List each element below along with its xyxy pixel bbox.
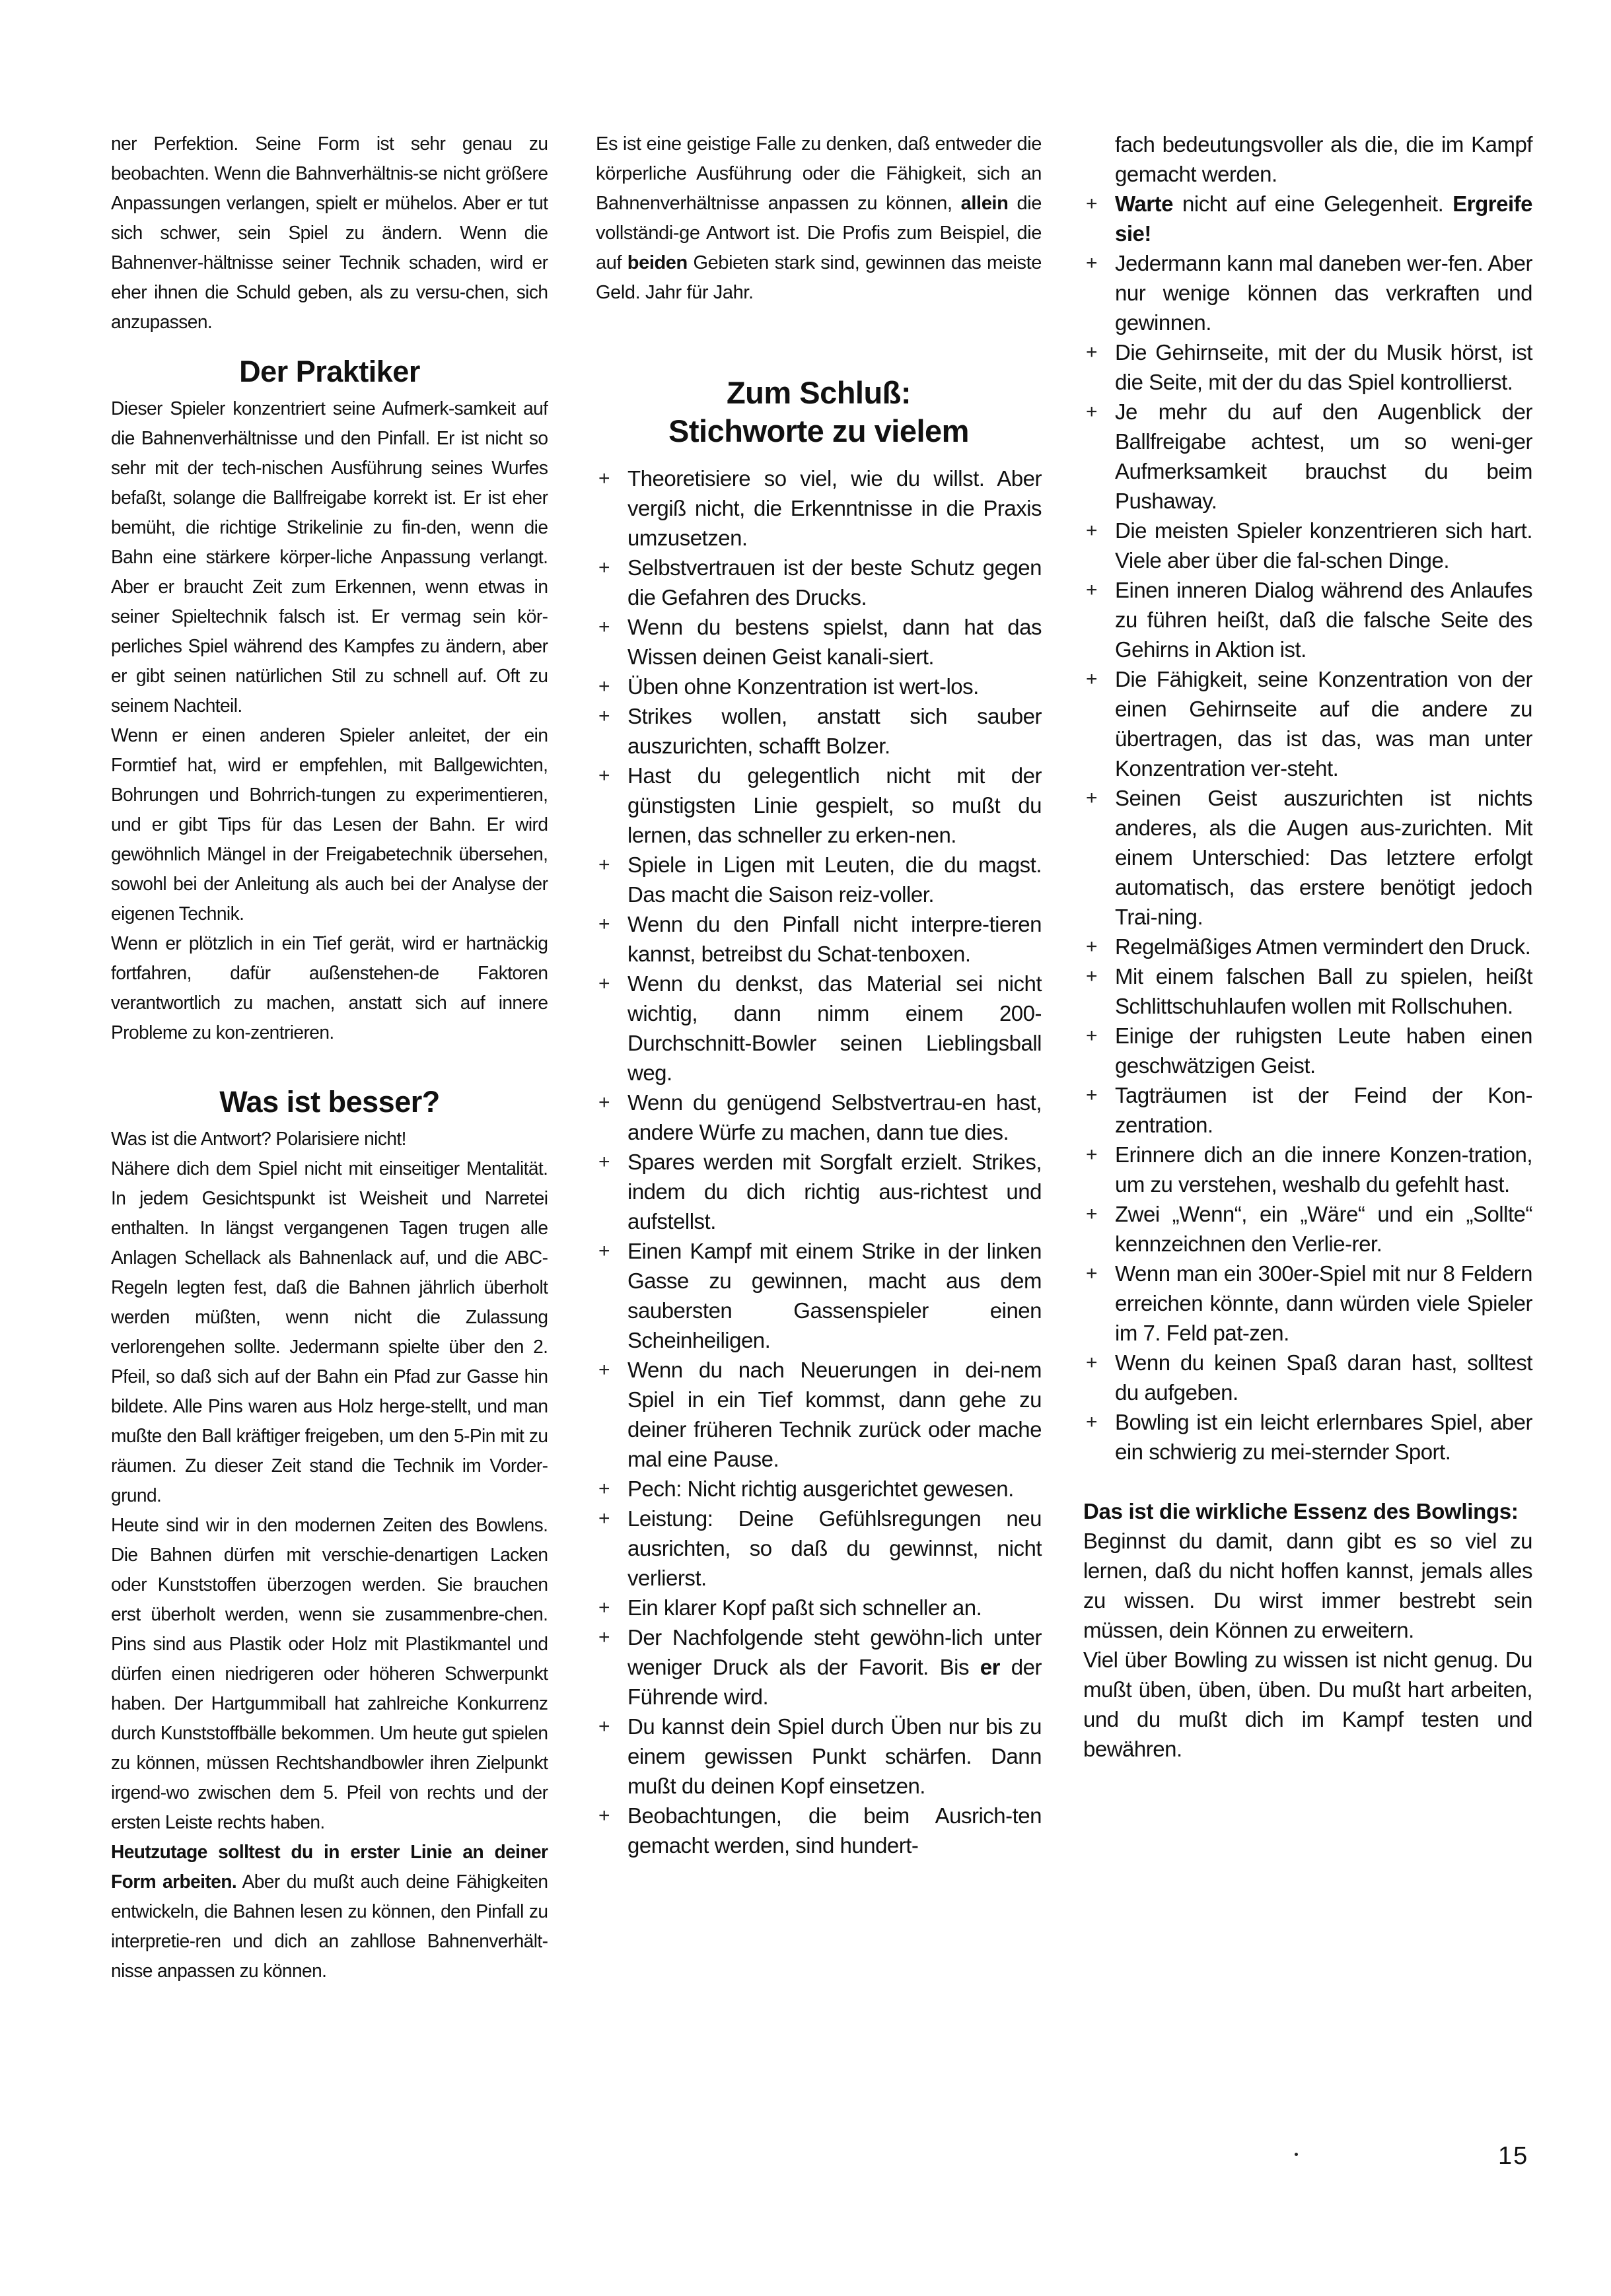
tips-list-middle-tail: +Der Nachfolgende steht gewöhn-lich unte… — [596, 1622, 1042, 1712]
besser-paragraph-3: Heute sind wir in den modernen Zeiten de… — [111, 1511, 548, 1838]
right-column: fach bedeutungsvoller als die, die im Ka… — [1083, 129, 1532, 1764]
tip-text: Hast du gelegentlich nicht mit der günst… — [627, 763, 1042, 847]
plus-bullet-icon: + — [1086, 1407, 1097, 1437]
tip-text: Regelmäßiges Atmen vermindert den Druck. — [1115, 934, 1530, 959]
bold-emphasis: Warte — [1115, 191, 1173, 216]
list-item: +Warte nicht auf eine Gelegenheit. Ergre… — [1083, 189, 1532, 248]
plus-bullet-icon: + — [1086, 1199, 1097, 1229]
tip-text: Wenn du bestens spielst, dann hat das Wi… — [627, 615, 1042, 669]
scan-speck — [1295, 2153, 1298, 2156]
tip-text: Selbstvertrauen ist der beste Schutz geg… — [627, 555, 1042, 609]
tip-text: Wenn du nach Neuerungen in dei-nem Spiel… — [627, 1358, 1042, 1471]
middle-column: Es ist eine geistige Falle zu denken, da… — [596, 129, 1042, 1860]
list-item: +Wenn du nach Neuerungen in dei-nem Spie… — [596, 1355, 1042, 1474]
list-item: +Spares werden mit Sorgfalt erzielt. Str… — [596, 1147, 1042, 1236]
plus-bullet-icon: + — [598, 1147, 610, 1177]
tip-text: Einen inneren Dialog während des Anlaufe… — [1115, 578, 1532, 662]
tip-text: Ein klarer Kopf paßt sich schneller an. — [627, 1595, 982, 1620]
tip-text: Einige der ruhigsten Leute haben einen g… — [1115, 1024, 1532, 1078]
list-item: +Leistung: Deine Gefühlsregungen neu aus… — [596, 1504, 1042, 1593]
list-item: +Regelmäßiges Atmen vermindert den Druck… — [1083, 932, 1532, 961]
plus-bullet-icon: + — [1086, 664, 1097, 694]
tips-list-middle-after: +Du kannst dein Spiel durch Üben nur bis… — [596, 1712, 1042, 1801]
plus-bullet-icon: + — [598, 672, 610, 701]
tip-text: Leistung: Deine Gefühlsregungen neu ausr… — [627, 1506, 1042, 1590]
tip-text: Spares werden mit Sorgfalt erzielt. Stri… — [627, 1150, 1042, 1234]
plus-bullet-icon: + — [1086, 783, 1097, 813]
plus-bullet-icon: + — [1086, 961, 1097, 991]
essence-paragraph-2: Viel über Bowling zu wissen ist nicht ge… — [1083, 1645, 1532, 1764]
bold-emphasis: allein — [961, 193, 1009, 214]
heading-line-1: Zum Schluß: — [727, 375, 911, 410]
middle-intro: Es ist eine geistige Falle zu denken, da… — [596, 129, 1042, 308]
list-item: +Pech: Nicht richtig ausgerichtet gewese… — [596, 1474, 1042, 1504]
tip-text: Wenn du den Pinfall nicht interpre-tiere… — [627, 912, 1042, 966]
continued-tip-text: fach bedeutungsvoller als die, die im Ka… — [1083, 129, 1532, 189]
bold-emphasis: er — [980, 1655, 1000, 1679]
plus-bullet-icon: + — [1086, 1348, 1097, 1377]
page-number: 15 — [1498, 2142, 1528, 2171]
plus-bullet-icon: + — [598, 553, 610, 582]
text-segment: Beobachtungen, die beim Ausrich-ten gema… — [627, 1803, 1042, 1858]
plus-bullet-icon: + — [598, 464, 610, 493]
tip-text: Die Gehirnseite, mit der du Musik hörst,… — [1115, 340, 1532, 394]
besser-paragraph-4: Heutzutage solltest du in erster Linie a… — [111, 1838, 548, 1986]
tip-text: Theoretisiere so viel, wie du willst. Ab… — [627, 466, 1042, 550]
plus-bullet-icon: + — [1086, 575, 1097, 605]
tip-text: Zwei „Wenn“, ein „Wäre“ und ein „Sollte“… — [1115, 1202, 1532, 1256]
list-item: +Wenn du bestens spielst, dann hat das W… — [596, 612, 1042, 672]
list-item: +Die Fähigkeit, seine Konzentration von … — [1083, 664, 1532, 783]
text-segment: nicht auf eine Gelegenheit. — [1173, 191, 1452, 216]
tip-text: Die meisten Spieler konzentrieren sich h… — [1115, 518, 1532, 573]
tip-text: Üben ohne Konzentration ist wert-los. — [627, 674, 979, 699]
list-item: +Wenn man ein 300er-Spiel mit nur 8 Feld… — [1083, 1259, 1532, 1348]
tip-text: Tagträumen ist der Feind der Kon-zentrat… — [1115, 1083, 1532, 1137]
plus-bullet-icon: + — [1086, 1080, 1097, 1110]
heading-line-2: Stichworte zu vielem — [668, 413, 969, 448]
heading-der-praktiker: Der Praktiker — [111, 352, 548, 392]
list-item: +Wenn du keinen Spaß daran hast, solltes… — [1083, 1348, 1532, 1407]
plus-bullet-icon: + — [1086, 1021, 1097, 1051]
plus-bullet-icon: + — [598, 1474, 610, 1504]
tip-text: Einen Kampf mit einem Strike in der link… — [627, 1239, 1042, 1352]
essence-heading: Das ist die wirkliche Essenz des Bowling… — [1083, 1496, 1532, 1526]
plus-bullet-icon: + — [598, 1801, 610, 1830]
list-item: +Zwei „Wenn“, ein „Wäre“ und ein „Sollte… — [1083, 1199, 1532, 1259]
plus-bullet-icon: + — [598, 1236, 610, 1266]
list-item: +Du kannst dein Spiel durch Üben nur bis… — [596, 1712, 1042, 1801]
plus-bullet-icon: + — [1086, 1259, 1097, 1288]
list-item: +Je mehr du auf den Augenblick der Ballf… — [1083, 397, 1532, 516]
list-item: +Strikes wollen, anstatt sich sauber aus… — [596, 701, 1042, 761]
tip-text: Je mehr du auf den Augenblick der Ballfr… — [1115, 400, 1532, 513]
plus-bullet-icon: + — [598, 850, 610, 880]
heading-was-ist-besser: Was ist besser? — [111, 1082, 548, 1122]
heading-zum-schluss: Zum Schluß: Stichworte zu vielem — [596, 374, 1042, 450]
tip-text: Du kannst dein Spiel durch Üben nur bis … — [627, 1714, 1042, 1798]
list-item: +Selbstvertrauen ist der beste Schutz ge… — [596, 553, 1042, 612]
tips-list-right-head: +Warte nicht auf eine Gelegenheit. Ergre… — [1083, 189, 1532, 248]
plus-bullet-icon: + — [598, 909, 610, 939]
list-item: +Hast du gelegentlich nicht mit der güns… — [596, 761, 1042, 850]
list-item: +Wenn du den Pinfall nicht interpre-tier… — [596, 909, 1042, 969]
plus-bullet-icon: + — [598, 761, 610, 790]
tip-text: Spiele in Ligen mit Leuten, die du magst… — [627, 852, 1042, 907]
left-intro-paragraph: ner Perfektion. Seine Form ist sehr gena… — [111, 129, 548, 337]
plus-bullet-icon: + — [598, 1593, 610, 1622]
besser-paragraph-1: Was ist die Antwort? Polarisiere nicht! — [111, 1125, 548, 1154]
plus-bullet-icon: + — [1086, 397, 1097, 427]
tip-text: Jedermann kann mal daneben wer-fen. Aber… — [1115, 251, 1532, 335]
list-item: +Wenn du denkst, das Material sei nicht … — [596, 969, 1042, 1088]
tips-list-middle-last: +Beobachtungen, die beim Ausrich-ten gem… — [596, 1801, 1042, 1860]
tip-text: Wenn man ein 300er-Spiel mit nur 8 Felde… — [1115, 1261, 1532, 1345]
praktiker-paragraph-2: Wenn er einen anderen Spieler anleitet, … — [111, 721, 548, 929]
essence-section: Das ist die wirkliche Essenz des Bowling… — [1083, 1496, 1532, 1764]
plus-bullet-icon: + — [598, 969, 610, 998]
plus-bullet-icon: + — [598, 1504, 610, 1533]
tips-list-middle: +Theoretisiere so viel, wie du willst. A… — [596, 464, 1042, 1622]
list-item: +Erinnere dich an die innere Konzen-trat… — [1083, 1140, 1532, 1199]
tip-text: Pech: Nicht richtig ausgerichtet gewesen… — [627, 1477, 1014, 1501]
tip-text: Wenn du keinen Spaß daran hast, solltest… — [1115, 1350, 1532, 1405]
plus-bullet-icon: + — [598, 612, 610, 642]
tips-list-right: +Jedermann kann mal daneben wer-fen. Abe… — [1083, 248, 1532, 1467]
list-item: +Tagträumen ist der Feind der Kon-zentra… — [1083, 1080, 1532, 1140]
plus-bullet-icon: + — [1086, 1140, 1097, 1169]
plus-bullet-icon: + — [1086, 516, 1097, 545]
plus-bullet-icon: + — [1086, 932, 1097, 961]
tip-text: Bowling ist ein leicht erlernbares Spiel… — [1115, 1410, 1532, 1464]
list-item: +Wenn du genügend Selbstvertrau-en hast,… — [596, 1088, 1042, 1147]
besser-paragraph-2: Nähere dich dem Spiel nicht mit einseiti… — [111, 1154, 548, 1511]
tip-text: Wenn du denkst, das Material sei nicht w… — [627, 971, 1042, 1085]
tip-text: Wenn du genügend Selbstvertrau-en hast, … — [627, 1090, 1042, 1144]
list-item: +Einen inneren Dialog während des Anlauf… — [1083, 575, 1532, 664]
plus-bullet-icon: + — [598, 701, 610, 731]
praktiker-paragraph-1: Dieser Spieler konzentriert seine Aufmer… — [111, 394, 548, 721]
plus-bullet-icon: + — [598, 1622, 610, 1652]
tip-text: Erinnere dich an die innere Konzen-trati… — [1115, 1142, 1532, 1197]
praktiker-paragraph-3: Wenn er plötzlich in ein Tief gerät, wir… — [111, 929, 548, 1048]
essence-paragraph-1: Beginnst du damit, dann gibt es so viel … — [1083, 1526, 1532, 1645]
tip-text: Die Fähigkeit, seine Konzentration von d… — [1115, 667, 1532, 781]
plus-bullet-icon: + — [1086, 189, 1097, 219]
list-item: +Theoretisiere so viel, wie du willst. A… — [596, 464, 1042, 553]
list-item: +Die Gehirnseite, mit der du Musik hörst… — [1083, 337, 1532, 397]
bold-emphasis: beiden — [627, 252, 688, 273]
list-item: +Spiele in Ligen mit Leuten, die du mags… — [596, 850, 1042, 909]
middle-intro-paragraph: Es ist eine geistige Falle zu denken, da… — [596, 129, 1042, 308]
list-item: +Mit einem falschen Ball zu spielen, hei… — [1083, 961, 1532, 1021]
plus-bullet-icon: + — [598, 1088, 610, 1117]
plus-bullet-icon: + — [1086, 248, 1097, 278]
tip-text: Seinen Geist auszurichten ist nichts and… — [1115, 786, 1532, 929]
list-item: +Seinen Geist auszurichten ist nichts an… — [1083, 783, 1532, 932]
list-item: +Ein klarer Kopf paßt sich schneller an. — [596, 1593, 1042, 1622]
tip-text: Strikes wollen, anstatt sich sauber ausz… — [627, 704, 1042, 758]
plus-bullet-icon: + — [598, 1355, 610, 1385]
plus-bullet-icon: + — [1086, 337, 1097, 367]
list-item: +Der Nachfolgende steht gewöhn-lich unte… — [596, 1622, 1042, 1712]
list-item: +Bowling ist ein leicht erlernbares Spie… — [1083, 1407, 1532, 1467]
list-item: +Einige der ruhigsten Leute haben einen … — [1083, 1021, 1532, 1080]
list-item: +Beobachtungen, die beim Ausrich-ten gem… — [596, 1801, 1042, 1860]
tip-text: Mit einem falschen Ball zu spielen, heiß… — [1115, 964, 1532, 1018]
list-item: +Einen Kampf mit einem Strike in der lin… — [596, 1236, 1042, 1355]
list-item: +Die meisten Spieler konzentrieren sich … — [1083, 516, 1532, 575]
list-item: +Üben ohne Konzentration ist wert-los. — [596, 672, 1042, 701]
list-item: +Jedermann kann mal daneben wer-fen. Abe… — [1083, 248, 1532, 337]
plus-bullet-icon: + — [598, 1712, 610, 1741]
left-column: ner Perfektion. Seine Form ist sehr gena… — [111, 129, 548, 1986]
